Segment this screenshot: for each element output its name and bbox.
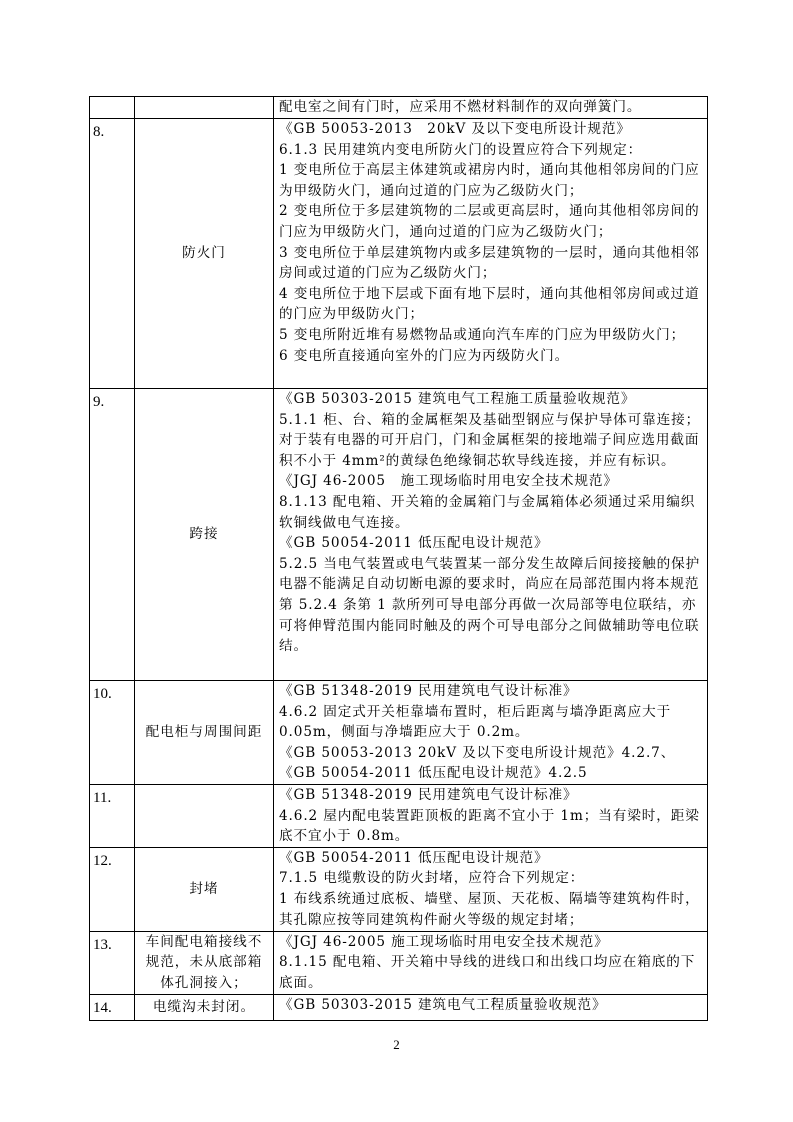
regulation-table: 配电室之间有门时，应采用不燃材料制作的双向弹簧门。 8. 防火门 《GB 500… bbox=[89, 96, 708, 1021]
standard-title: 《GB 50053-2013 20kV 及以下变电所设计规范》 bbox=[279, 119, 703, 140]
item-cell: 配电柜与周围间距 bbox=[135, 681, 274, 785]
clause: 7.1.5 电缆敷设的防火封堵，应符合下列规定： bbox=[279, 868, 703, 889]
clause-item: 1 变电所位于高层主体建筑或裙房内时，通向其他相邻房间的门应为甲级防火门，通向过… bbox=[279, 160, 703, 201]
standard-title: 《JGJ 46-2005 施工现场临时用电安全技术规范》 bbox=[279, 932, 703, 953]
basis-cell: 《GB 50303-2015 建筑电气工程质量验收规范》 bbox=[274, 994, 708, 1020]
clause: 5.1.1 柜、台、箱的金属框架及基础型钢应与保护导体可靠连接；对于装有电器的可… bbox=[279, 410, 703, 472]
row-number-cell: 11. bbox=[90, 784, 135, 847]
table-row-14: 14. 电缆沟未封闭。 《GB 50303-2015 建筑电气工程质量验收规范》 bbox=[90, 994, 708, 1020]
basis-cell: 《GB 50053-2013 20kV 及以下变电所设计规范》 6.1.3 民用… bbox=[274, 119, 708, 389]
standard-title: 《GB 50303-2015 建筑电气工程质量验收规范》 bbox=[279, 995, 703, 1016]
table-row-10: 10. 配电柜与周围间距 《GB 51348-2019 民用建筑电气设计标准》 … bbox=[90, 681, 708, 785]
standard-title: 《GB 51348-2019 民用建筑电气设计标准》 bbox=[279, 785, 703, 806]
standard-title: 《GB 50054-2011 低压配电设计规范》 bbox=[279, 848, 703, 869]
table-row-13: 13. 车间配电箱接线不规范，未从底部箱体孔洞接入； 《JGJ 46-2005 … bbox=[90, 931, 708, 994]
clause: 8.1.15 配电箱、开关箱中导线的进线口和出线口均应在箱底的下底面。 bbox=[279, 952, 703, 993]
row-number-cell bbox=[90, 97, 135, 119]
clause-item: 4 变电所位于地下层或下面有地下层时，通向其他相邻房间或过道的门应为甲级防火门； bbox=[279, 284, 703, 325]
clause: 8.1.13 配电箱、开关箱的金属箱门与金属箱体必须通过采用编织软铜线做电气连接… bbox=[279, 492, 703, 533]
reference: 《GB 50053-2013 20kV 及以下变电所设计规范》4.2.7、《GB… bbox=[279, 743, 703, 784]
clause: 4.6.2 屋内配电装置距顶板的距离不宜小于 1m；当有梁时，距梁底不宜小于 0… bbox=[279, 806, 703, 847]
clause: 5.2.5 当电气装置或电气装置某一部分发生故障后间接接触的保护电器不能满足自动… bbox=[279, 554, 703, 657]
item-cell bbox=[135, 97, 274, 119]
table-row-11: 11. 《GB 51348-2019 民用建筑电气设计标准》 4.6.2 屋内配… bbox=[90, 784, 708, 847]
table-row-8: 8. 防火门 《GB 50053-2013 20kV 及以下变电所设计规范》 6… bbox=[90, 119, 708, 389]
basis-line: 配电室之间有门时，应采用不燃材料制作的双向弹簧门。 bbox=[279, 97, 703, 118]
document-page: 配电室之间有门时，应采用不燃材料制作的双向弹簧门。 8. 防火门 《GB 500… bbox=[0, 0, 793, 1122]
item-cell: 车间配电箱接线不规范，未从底部箱体孔洞接入； bbox=[135, 931, 274, 994]
basis-cell: 配电室之间有门时，应采用不燃材料制作的双向弹簧门。 bbox=[274, 97, 708, 119]
clause-item: 2 变电所位于多层建筑物的二层或更高层时，通向其他相邻房间的门应为甲级防火门，通… bbox=[279, 201, 703, 242]
basis-cell: 《JGJ 46-2005 施工现场临时用电安全技术规范》 8.1.15 配电箱、… bbox=[274, 931, 708, 994]
basis-cell: 《GB 51348-2019 民用建筑电气设计标准》 4.6.2 屋内配电装置距… bbox=[274, 784, 708, 847]
item-cell: 防火门 bbox=[135, 119, 274, 389]
table-row-9: 9. 跨接 《GB 50303-2015 建筑电气工程施工质量验收规范》 5.1… bbox=[90, 389, 708, 681]
standard-title: 《JGJ 46-2005 施工现场临时用电安全技术规范》 bbox=[279, 471, 703, 492]
item-cell: 跨接 bbox=[135, 389, 274, 681]
item-cell: 电缆沟未封闭。 bbox=[135, 994, 274, 1020]
standard-title: 《GB 51348-2019 民用建筑电气设计标准》 bbox=[279, 681, 703, 702]
table-row-12: 12. 封堵 《GB 50054-2011 低压配电设计规范》 7.1.5 电缆… bbox=[90, 847, 708, 931]
standard-title: 《GB 50303-2015 建筑电气工程施工质量验收规范》 bbox=[279, 389, 703, 410]
clause: 6.1.3 民用建筑内变电所防火门的设置应符合下列规定： bbox=[279, 140, 703, 161]
clause-item: 3 变电所位于单层建筑物内或多层建筑物的一层时，通向其他相邻房间或过道的门应为乙… bbox=[279, 243, 703, 284]
item-cell: 封堵 bbox=[135, 847, 274, 931]
row-number-cell: 12. bbox=[90, 847, 135, 931]
row-number-cell: 13. bbox=[90, 931, 135, 994]
row-number-cell: 10. bbox=[90, 681, 135, 785]
clause: 4.6.2 固定式开关柜靠墙布置时，柜后距离与墙净距离应大于 0.05m，侧面与… bbox=[279, 702, 703, 743]
clause-item: 5 变电所附近堆有易燃物品或通向汽车库的门应为甲级防火门； bbox=[279, 325, 703, 346]
page-number: 2 bbox=[0, 1037, 793, 1053]
row-number-cell: 8. bbox=[90, 119, 135, 389]
table-row-continuation: 配电室之间有门时，应采用不燃材料制作的双向弹簧门。 bbox=[90, 97, 708, 119]
basis-cell: 《GB 50054-2011 低压配电设计规范》 7.1.5 电缆敷设的防火封堵… bbox=[274, 847, 708, 931]
basis-cell: 《GB 51348-2019 民用建筑电气设计标准》 4.6.2 固定式开关柜靠… bbox=[274, 681, 708, 785]
basis-cell: 《GB 50303-2015 建筑电气工程施工质量验收规范》 5.1.1 柜、台… bbox=[274, 389, 708, 681]
row-number-cell: 9. bbox=[90, 389, 135, 681]
clause-item: 6 变电所直接通向室外的门应为丙级防火门。 bbox=[279, 346, 703, 367]
clause-item: 1 布线系统通过底板、墙壁、屋顶、天花板、隔墙等建筑构件时，其孔隙应按等同建筑构… bbox=[279, 889, 703, 930]
row-number-cell: 14. bbox=[90, 994, 135, 1020]
item-cell bbox=[135, 784, 274, 847]
standard-title: 《GB 50054-2011 低压配电设计规范》 bbox=[279, 533, 703, 554]
